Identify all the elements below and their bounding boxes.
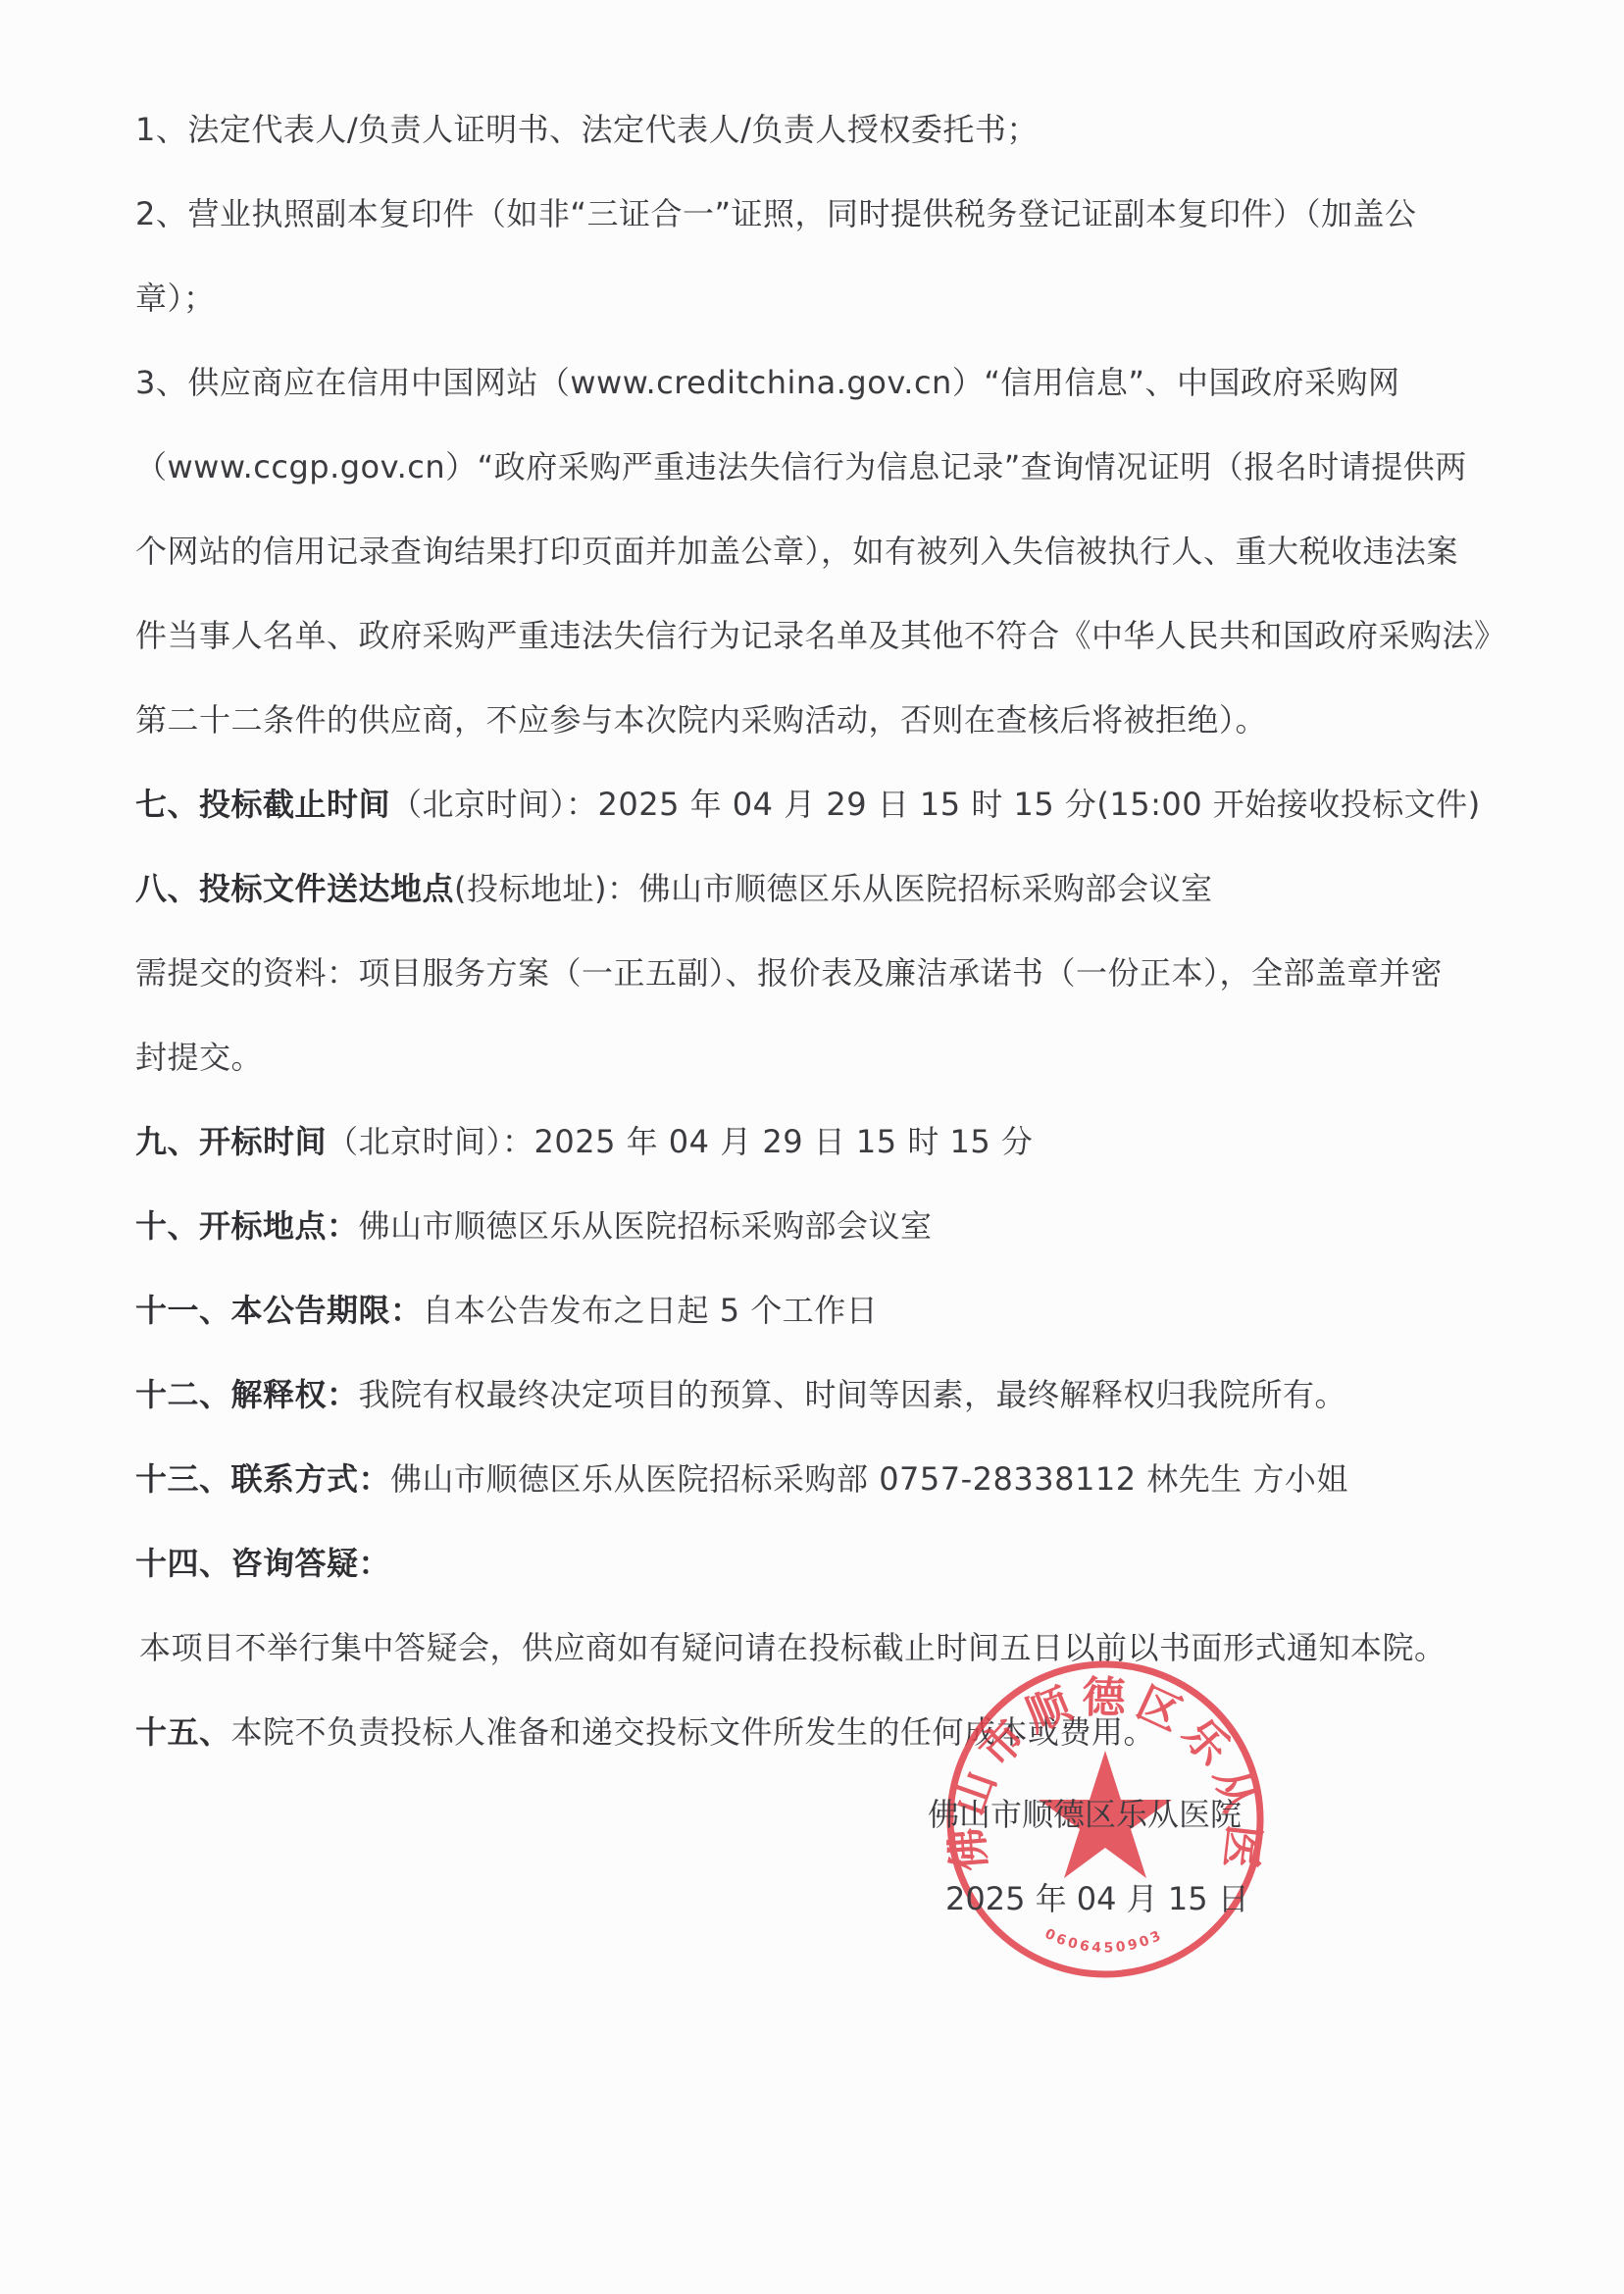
section-label: 十一、本公告期限： bbox=[135, 1292, 423, 1329]
materials-line-2: 封提交。 bbox=[135, 1038, 263, 1077]
signature-organization: 佛山市顺德区乐从医院 bbox=[928, 1795, 1242, 1834]
section-label: 十、开标地点： bbox=[135, 1207, 359, 1245]
section-bid-deadline: 七、投标截止时间（北京时间）：2025 年 04 月 29 日 15 时 15 … bbox=[135, 785, 1481, 824]
signature-date: 2025 年 04 月 15 日 bbox=[945, 1879, 1249, 1918]
requirement-3-cont-3: 件当事人名单、政府采购严重违法失信行为记录名单及其他不符合《中华人民共和国政府采… bbox=[135, 616, 1506, 655]
materials-line-1: 需提交的资料：项目服务方案（一正五副）、报价表及廉洁承诺书（一份正本），全部盖章… bbox=[135, 953, 1443, 993]
section-text: （北京时间）：2025 年 04 月 29 日 15 时 15 分 bbox=[327, 1123, 1033, 1160]
section-contact: 十三、联系方式：佛山市顺德区乐从医院招标采购部 0757-28338112 林先… bbox=[135, 1459, 1348, 1499]
section-text: 自本公告发布之日起 5 个工作日 bbox=[423, 1292, 879, 1329]
section-text: 佛山市顺德区乐从医院招标采购部 0757-28338112 林先生 方小姐 bbox=[390, 1460, 1348, 1498]
section-bid-location: 八、投标文件送达地点(投标地址)：佛山市顺德区乐从医院招标采购部会议室 bbox=[135, 869, 1213, 908]
section-interpretation: 十二、解释权：我院有权最终决定项目的预算、时间等因素，最终解释权归我院所有。 bbox=[135, 1375, 1346, 1414]
section-label: 八、投标文件送达地点 bbox=[135, 870, 454, 907]
requirement-3-cont-2: 个网站的信用记录查询结果打印页面并加盖公章），如有被列入失信被执行人、重大税收违… bbox=[135, 532, 1458, 571]
requirement-3: 3、供应商应在信用中国网站（www.creditchina.gov.cn）“信用… bbox=[135, 363, 1399, 402]
section-opening-time: 九、开标时间（北京时间）：2025 年 04 月 29 日 15 时 15 分 bbox=[135, 1122, 1033, 1161]
requirement-2: 2、营业执照副本复印件（如非“三证合一”证照，同时提供税务登记证副本复印件）（加… bbox=[135, 194, 1417, 233]
section-label: 十三、联系方式： bbox=[135, 1460, 390, 1498]
requirement-2-cont: 章）； bbox=[135, 279, 216, 318]
requirement-1: 1、法定代表人/负责人证明书、法定代表人/负责人授权委托书； bbox=[135, 110, 1039, 149]
section-inquiry: 十四、咨询答疑： bbox=[135, 1544, 390, 1583]
section-label: 十二、解释权： bbox=[135, 1376, 359, 1413]
section-text: （北京时间）：2025 年 04 月 29 日 15 时 15 分(15:00 … bbox=[390, 786, 1481, 823]
requirement-3-cont-4: 第二十二条件的供应商，不应参与本次院内采购活动，否则在查核后将被拒绝）。 bbox=[135, 700, 1267, 739]
section-label: 十五、 bbox=[135, 1713, 231, 1751]
section-label: 十四、咨询答疑： bbox=[135, 1545, 390, 1582]
section-text: 佛山市顺德区乐从医院招标采购部会议室 bbox=[359, 1207, 933, 1245]
section-text: (投标地址)：佛山市顺德区乐从医院招标采购部会议室 bbox=[454, 870, 1212, 907]
requirement-3-cont-1: （www.ccgp.gov.cn）“政府采购严重违法失信行为信息记录”查询情况证… bbox=[135, 447, 1467, 486]
section-notice-period: 十一、本公告期限：自本公告发布之日起 5 个工作日 bbox=[135, 1291, 878, 1330]
document-page: 1、法定代表人/负责人证明书、法定代表人/负责人授权委托书； 2、营业执照副本复… bbox=[0, 0, 1624, 2294]
section-opening-location: 十、开标地点：佛山市顺德区乐从医院招标采购部会议室 bbox=[135, 1206, 933, 1246]
section-text: 我院有权最终决定项目的预算、时间等因素，最终解释权归我院所有。 bbox=[359, 1376, 1347, 1413]
section-label: 九、开标时间 bbox=[135, 1123, 327, 1160]
section-label: 七、投标截止时间 bbox=[135, 786, 390, 823]
